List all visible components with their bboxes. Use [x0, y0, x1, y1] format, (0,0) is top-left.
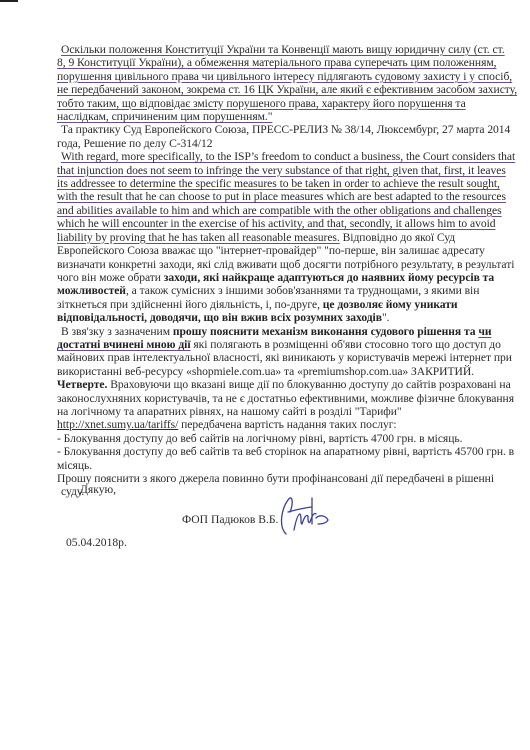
signer-name: ФОП Падюков В.Б. — [182, 513, 278, 526]
text-span: liability by proving that he has taken a… — [57, 231, 340, 244]
text-line: Прошу пояснити з якого джерела повинно б… — [57, 472, 523, 485]
text-line: законослухняних користувачів, та не є до… — [57, 392, 523, 405]
text-span: , а також сумісних з іншими зобов'язання… — [126, 284, 479, 297]
list-item: - Блокування доступу до веб сайтів на ло… — [57, 432, 523, 445]
bold-span: можливостей — [57, 284, 126, 297]
paragraph-eu-court-reference: Та практику Суд Европейского Союза, ПРЕС… — [57, 123, 523, 150]
text-line: Та практику Суд Европейского Союза, ПРЕС… — [57, 123, 523, 136]
text-line: не передбачений законом, зокрема ст. 16 … — [57, 83, 523, 96]
bold-span: це дозволяє йому уникати — [323, 298, 458, 311]
text-line: with the result that he can choose to pu… — [57, 190, 523, 203]
text-line: наслідкам, спричиненим цим порушенням." — [57, 110, 523, 123]
text-span: Відповідно до якої Суд — [340, 231, 455, 244]
text-line: that injunction does not seem to infring… — [57, 164, 523, 177]
text-span: зіткнеться при здійсненні його діяльніст… — [57, 298, 323, 311]
letter-date: 05.04.2018р. — [66, 536, 127, 549]
text-span: Враховуючи що вказані вище дії по блокув… — [107, 378, 510, 391]
list-item-continuation: місяць. — [57, 459, 523, 472]
tariffs-link[interactable]: http://xnet.sumy.ua/tariffs/ — [57, 418, 178, 431]
text-line: визначати конкретні заходи, які слід вжи… — [57, 258, 523, 271]
text-line: Оскільки положення Конституції України т… — [57, 43, 523, 56]
bold-underlined-span: чи — [478, 325, 491, 338]
text-line: With regard, more specifically, to the I… — [57, 150, 523, 163]
paragraph-constitution: Оскільки положення Конституції України т… — [57, 43, 523, 123]
text-line: тобто таким, що відповідає змісту поруше… — [57, 97, 523, 110]
text-line: Европейского Союза вважає що "інтернет-п… — [57, 244, 523, 257]
text-span: які полягають в розміщенні об'яви стосов… — [191, 338, 501, 351]
signature-icon — [272, 490, 332, 536]
bold-underlined-span: достатні вчинені мною дії — [57, 338, 191, 351]
text-span: передбачена вартість надання таких послу… — [178, 418, 396, 431]
text-line: порушення цивільного права чи цивільного… — [57, 70, 523, 83]
paragraph-court-quote: With regard, more specifically, to the I… — [57, 150, 523, 324]
closing-thanks: Дякую, — [80, 483, 116, 496]
text-line: майнових прав інтелектуальної власності,… — [57, 351, 523, 364]
scan-corner-mark — [0, 0, 18, 2]
letter-body: Оскільки положення Конституції України т… — [57, 43, 523, 499]
text-span: ". — [382, 311, 390, 324]
paragraph-fourth: Четверте. Враховуючи що вказані вище дії… — [57, 378, 523, 472]
text-line: 8, 9 Конституції України), а обмеження м… — [57, 56, 523, 69]
paragraph-request: В звя'зку з зазначеним прошу пояснити ме… — [57, 325, 523, 379]
text-line: and abilities available to him and which… — [57, 204, 523, 217]
text-span: чого він може обрати — [57, 271, 164, 284]
text-line: года, Решение по делу С-314/12 — [57, 137, 523, 150]
text-line: which he will encounter in the exercise … — [57, 217, 523, 230]
text-line: на логічному та апаратних рівнях, на наш… — [57, 405, 523, 418]
bold-span: відповідальності, доводячи, що він вжив … — [57, 311, 382, 324]
text-line: використанні веб-ресурсу «shopmiele.com.… — [57, 365, 523, 378]
text-span: В звя'зку з зазначеним — [61, 325, 173, 338]
bold-span: прошу пояснити механізм виконання судово… — [173, 325, 478, 338]
bold-span: Четверте. — [57, 378, 107, 391]
text-line: its addressee to determine the specific … — [57, 177, 523, 190]
bold-span: заходи, які найкраще адаптуються до наяв… — [164, 271, 494, 284]
list-item: - Блокування доступу до веб сайтів та ве… — [57, 445, 523, 458]
